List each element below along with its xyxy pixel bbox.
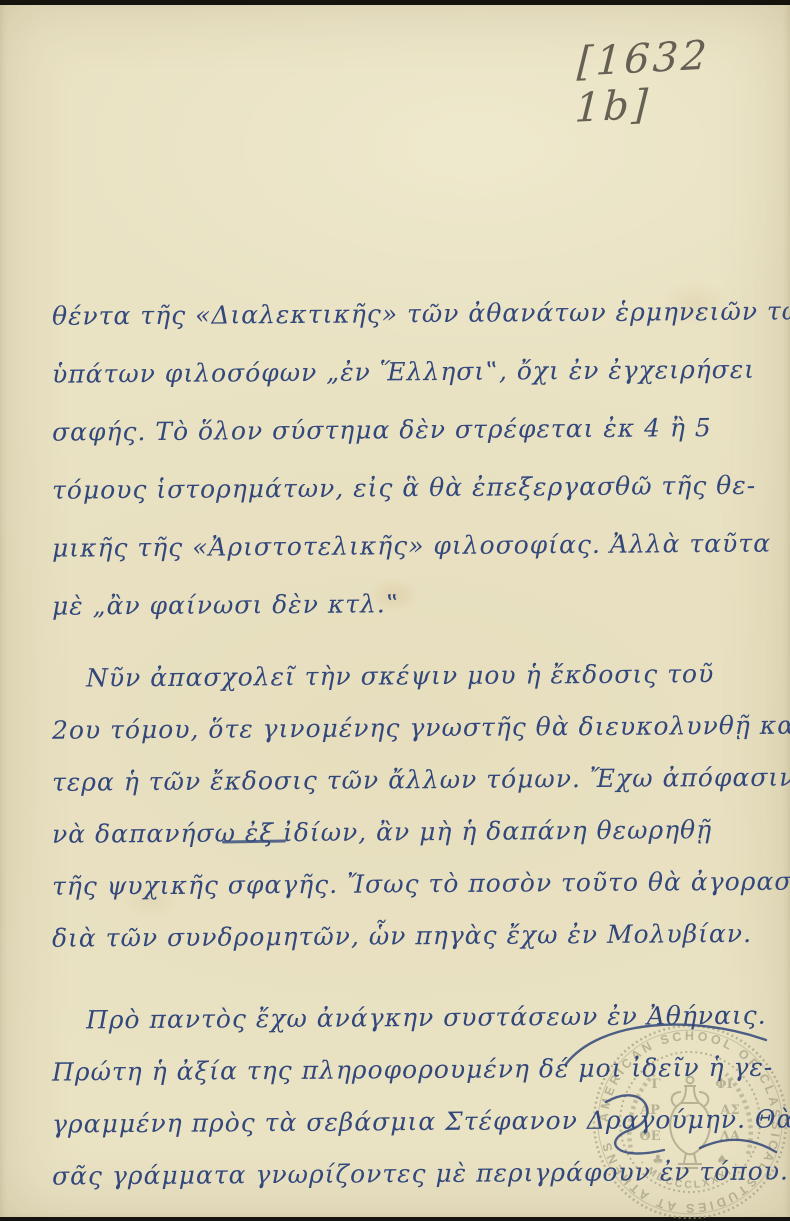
- handwritten-line: σαφής. Τὸ ὅλον σύστημα δὲν στρέφεται ἐκ …: [52, 398, 790, 461]
- handwritten-line: σᾶς γράμματα γνωρίζοντες μὲ περιγράφουν …: [52, 1145, 790, 1202]
- handwritten-line: νὰ δαπανήσω ἐξ ἰδίων, ἂν μὴ ἡ δαπάνη θεω…: [52, 803, 790, 861]
- paragraph-2: Νῦν ἀπασχολεῖ τὴν σκέψιν μου ἡ ἔκδοσις τ…: [52, 650, 790, 962]
- letter-page: AMERICAN SCHOOL OF CLASSICAL STUDIES AT …: [0, 0, 790, 1221]
- paragraph-3: Πρὸ παντὸς ἔχω ἀνάγκην συστάσεων ἐν Ἀθήν…: [52, 992, 790, 1200]
- handwritten-line: Νῦν ἀπασχολεῖ τὴν σκέψιν μου ἡ ἔκδοσις τ…: [52, 647, 790, 705]
- handwritten-line: ὑπάτων φιλοσόφων „ἐν Ἕλλησι‟, ὄχι ἐν ἐγχ…: [52, 340, 790, 403]
- handwritten-line: 2ου τόμου, ὅτε γινομένης γνωστῆς θὰ διευ…: [52, 699, 790, 757]
- archival-number: [1632 1b]: [574, 28, 790, 132]
- handwritten-line: γραμμένη πρὸς τὰ σεβάσμια Στέφανον Δραγο…: [52, 1093, 790, 1150]
- handwritten-line: τῆς ψυχικῆς σφαγῆς. Ἴσως τὸ ποσὸν τοῦτο …: [52, 855, 790, 913]
- handwritten-line: μικῆς τῆς «Ἀριστοτελικῆς» φιλοσοφίας. Ἀλ…: [52, 514, 790, 577]
- handwritten-line: θέντα τῆς «Διαλεκτικῆς» τῶν ἀθανάτων ἑρμ…: [52, 282, 790, 345]
- handwritten-line: Πρὸ παντὸς ἔχω ἀνάγκην συστάσεων ἐν Ἀθήν…: [52, 989, 790, 1046]
- handwritten-line: διὰ τῶν συνδρομητῶν, ὧν πηγὰς ἔχω ἐν Μολ…: [52, 907, 790, 965]
- handwritten-line: μὲ „ἂν φαίνωσι δὲν κτλ.‟: [52, 572, 790, 635]
- scan-edge-top: [0, 0, 790, 5]
- handwritten-line: τερα ἡ τῶν ἔκδοσις τῶν ἄλλων τόμων. Ἔχω …: [52, 751, 790, 809]
- handwritten-line: Πρώτη ἡ ἀξία της πληροφορουμένη δέ μοι ἰ…: [52, 1041, 790, 1098]
- paragraph-1: θέντα τῆς «Διαλεκτικῆς» τῶν ἀθανάτων ἑρμ…: [52, 285, 790, 633]
- handwritten-line: τόμους ἱστορημάτων, εἰς ἃ θὰ ἐπεξεργασθῶ…: [52, 456, 790, 519]
